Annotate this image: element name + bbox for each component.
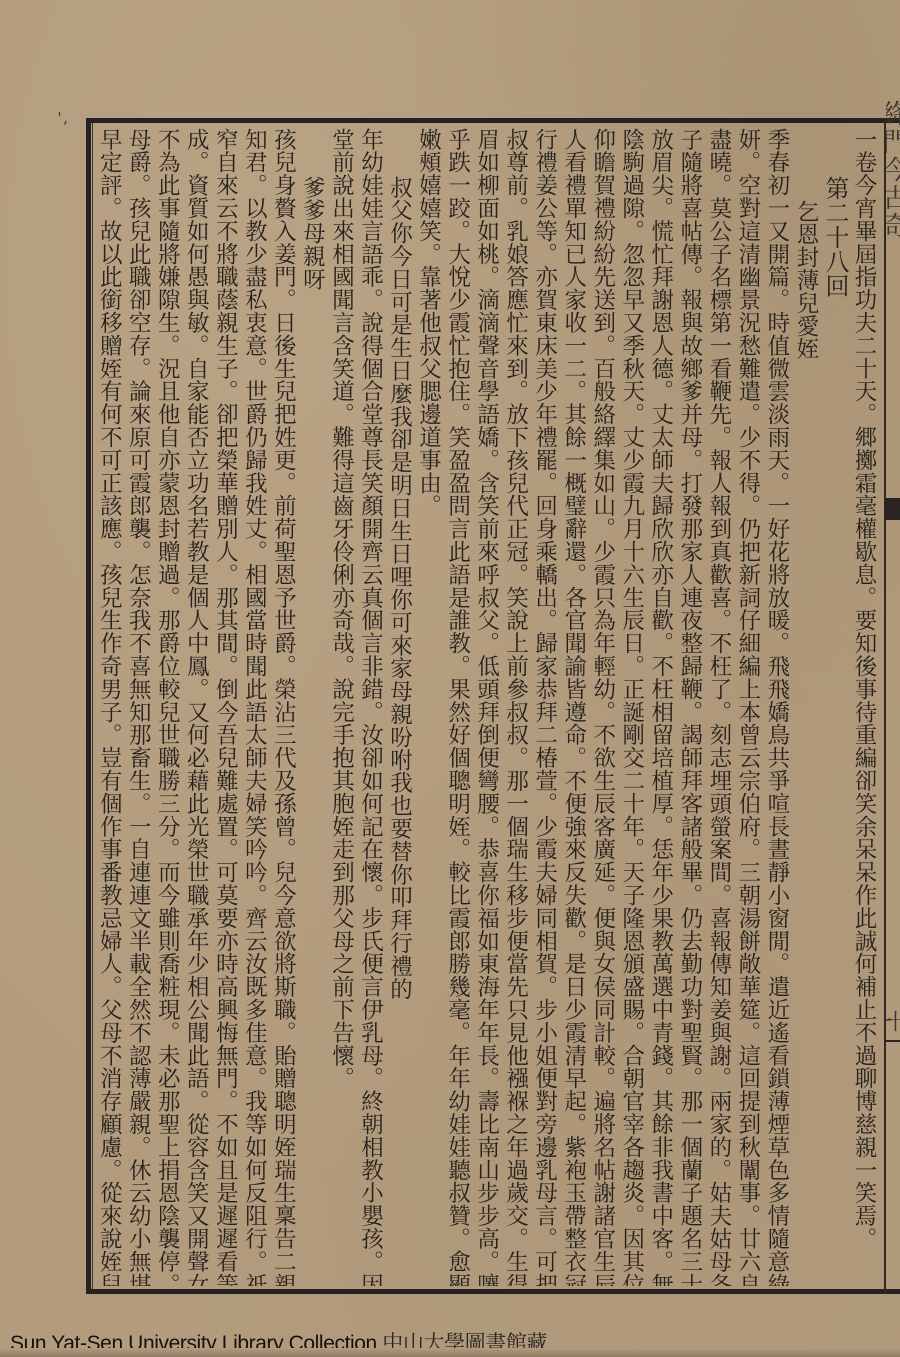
scan-bottom-edge	[0, 1348, 900, 1357]
text-column: 盡曉。莫公子名標第一看鞭先。報人報到真歡喜。不枉了。刻志埋頭螢案間。喜報傳知姜與…	[706, 128, 735, 1286]
text-column: 陰駒過隙。忽忽早又季秋天。丈少霞九月十六生辰日。正誕剛交二十年。天子隆恩頒盛賜。…	[619, 128, 648, 1286]
main-text-block: 一卷今宵畢屆指功夫二十天。郷擲霜毫權歇息。要知後事待重編卻笑余呆呆作此誠何補止不…	[96, 128, 880, 1286]
text-column: 母爵。孩兒此職卻空存。論來原可霞郎襲。怎奈我不喜無知那畜生。一自連連文半載全然不…	[125, 128, 154, 1286]
text-column: 乎跌一跤。大悅少霞忙抱住。笑盈盈問言此語是誰教。果然好個聰明姪。較比霞郎勝幾毫。…	[445, 128, 474, 1286]
text-column: 妍。空對這清幽景況愁難遣。少不得。仍把新詞仔細編上本曾云宗伯府。三朝湯餅敞華筵。…	[735, 128, 764, 1286]
chapter-couplet: 乞恩封薄兒愛姪 行毒計害主誣人 得凶音妹憐姊苦。 安道念夫代妻行	[793, 128, 822, 1286]
couplet-group: 乞恩封薄兒愛姪 行毒計害主誣人 得凶音妹憐姊苦。 安道念夫代妻行	[793, 128, 822, 375]
banxin-title: 絳門今古奇	[886, 100, 900, 500]
chapter-title: 第二十八回	[822, 128, 851, 1286]
text-column: 早定評。故以此銜移贈姪有何不可正該應。孩兒生作奇男子。豈有個作事番教忌婦人。父母…	[96, 128, 125, 1286]
margin-ink-mark: ',	[57, 107, 69, 127]
text-column: 年幼娃娃言語乖。說得個合堂尊長笑顏開齊云真個言非錯。汝卻如何記在懷。步氏便言伊乳…	[357, 128, 386, 1286]
text-column-closing-verse: 一卷今宵畢屆指功夫二十天。郷擲霜毫權歇息。要知後事待重編卻笑余呆呆作此誠何補止不…	[851, 128, 880, 1286]
dialogue-column: 叔父你今日可是生日麼我卻是明日生日哩你可來家母親吩咐我也要替你叩拜行禮的	[386, 128, 415, 1286]
text-column: 成。資質如何愚與敏。自家能否立功名若教是個人中鳳。又何必藉此光榮世職承年少相公聞…	[183, 128, 212, 1286]
couplet-line-1: 乞恩封薄兒愛姪	[793, 128, 822, 375]
text-column: 季春初一又開篇。時值微雲淡雨天。一好花將放暖。飛飛嬌鳥共爭喧長晝靜小窗閒。遣近遙…	[764, 128, 793, 1286]
dialogue-column: 爹爹母親呀	[299, 128, 328, 1286]
text-column: 叔尊前。乳娘答應忙來到。放下孩兒代正冠。笑說上前參叔叔。那一個瑞生移步便當先只見…	[503, 128, 532, 1286]
text-column: 嫩頰嬉嬉笑。靠著他叔父腮邊道事由。	[416, 128, 445, 1286]
text-column: 人看禮單知已人家收一二。其餘一概璧辭還。各官聞諭皆遵命。不便強來反失歡。是日少霞…	[561, 128, 590, 1286]
text-column: 子隨將喜帖傳。報與故鄉爹并母。打發那家人連夜整歸鞭。謁師拜客諸般畢。仍去勤功對聖…	[677, 128, 706, 1286]
text-column: 不為此事隨將嫌隙生。況且他自亦蒙恩封贈過。那爵位較兒世職勝三分。而今雖則喬粧現。…	[154, 128, 183, 1286]
text-column: 行禮姜公等。亦賀東床美少年禮罷。回身乘轎出。歸家恭拜二椿萱。少霞夫婦同相賀。步小…	[532, 128, 561, 1286]
text-column: 孩兒身贅入姜門。日後生兒把姓更。前荷聖恩予世爵。榮沾三代及孫曾。兒今意欲將斯職。…	[270, 128, 299, 1286]
text-column: 窄自來云不將職蔭親生子。卻把榮華贈別人。那其間。倒今吾兒難處置。可莫要亦時高興悔…	[212, 128, 241, 1286]
text-column: 仰瞻賀禮紛紛先送到。百般絡繹集如山。少霞只為年輕幼。不欲生辰客廣延。便與女侯同計…	[590, 128, 619, 1286]
text-column: 眉如柳面如桃。滴滴聲音學語嬌。含笑前來呼叔父。低頭拜倒便彎腰。恭喜你福如東海年年…	[474, 128, 503, 1286]
fishtail-mark	[884, 498, 900, 520]
banxin-page-number: 十一	[886, 1010, 900, 1050]
text-column: 堂前說出來相國聞言含笑道。難得這齒牙伶俐亦奇哉。說完手抱其胞姪走到那父母之前下告…	[328, 128, 357, 1286]
text-column: 放眉尖。慌忙拜謝恩人德。丈太師夫歸欣欣亦自歡。不枉相留培植厚。恁年少果教萬選中青…	[648, 128, 677, 1286]
text-column: 知君。以教少盡私衷意。世爵仍歸我姓丈。相國當時聞此語太師夫婦笑吟吟。齊云汝既多佳…	[241, 128, 270, 1286]
inner-border-rule	[92, 123, 93, 1289]
